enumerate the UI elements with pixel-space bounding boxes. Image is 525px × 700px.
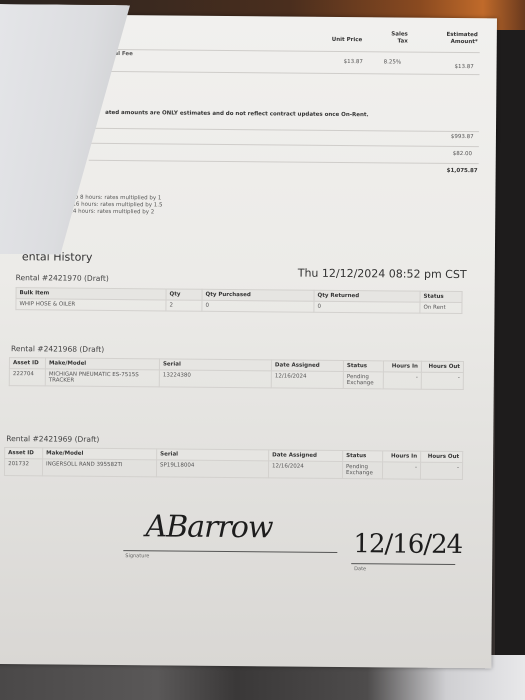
col-hours-out: Hours Out: [421, 361, 463, 372]
header-sales-tax: Sales Tax: [384, 31, 408, 45]
asset-hours-in: -: [382, 462, 420, 479]
grand-total-value: $1,075.87: [447, 168, 478, 176]
table-row: 201732 INGERSOLL RAND 395582TI SP19L1800…: [4, 459, 462, 480]
rental-label: Rental #2421969 (Draft): [6, 434, 99, 444]
print-timestamp: Thu 12/12/2024 08:52 pm CST: [298, 267, 467, 281]
subtotal-value: $993.87: [451, 134, 474, 142]
col-asset-id: Asset ID: [5, 448, 43, 459]
asset-hours-out: -: [421, 372, 463, 389]
rental-label: Rental #2421970 (Draft): [16, 273, 109, 283]
col-hours-in: Hours In: [383, 361, 421, 372]
col-asset-id: Asset ID: [9, 358, 45, 369]
document-page: Unit Price Sales Tax Estimated Amount* r…: [0, 14, 497, 668]
col-status: Status: [420, 291, 462, 302]
asset-serial: 13224380: [159, 370, 271, 388]
divider: [89, 160, 479, 164]
col-hours-in: Hours In: [383, 451, 421, 462]
signature-line[interactable]: [123, 550, 337, 553]
col-status: Status: [343, 451, 383, 462]
estimate-disclaimer: ated amounts are ONLY estimates and do n…: [105, 110, 369, 120]
fee-estimated-amount: $13.87: [455, 64, 474, 72]
divider: [89, 128, 479, 132]
header-estimated-amount: Estimated Amount*: [440, 32, 478, 46]
asset-id: 201732: [4, 459, 42, 476]
asset-date-assigned: 12/16/2024: [271, 371, 343, 389]
bulk-item-qty-purchased: 0: [202, 300, 314, 312]
divider: [100, 49, 480, 53]
fee-unit-price: $13.87: [344, 59, 363, 67]
background-photo-right: [495, 30, 525, 670]
bulk-item-name: WHIP HOSE & OILER: [16, 299, 166, 311]
date-label: Date: [354, 566, 366, 572]
asset-serial: SP19L18004: [156, 460, 268, 478]
signature-label: Signature: [125, 553, 149, 559]
bulk-item-qty-returned: 0: [314, 301, 420, 313]
fee-sales-tax: 8.25%: [384, 59, 402, 67]
handwritten-date: 12/16/24: [353, 529, 462, 560]
col-status: Status: [343, 361, 383, 372]
col-qty: Qty: [166, 289, 202, 300]
divider: [89, 143, 479, 147]
col-qty-returned: Qty Returned: [314, 290, 420, 302]
col-hours-out: Hours Out: [421, 451, 463, 462]
asset-make-model: INGERSOLL RAND 395582TI: [42, 459, 156, 477]
asset-date-assigned: 12/16/2024: [268, 461, 342, 479]
asset-make-model: MICHIGAN PNEUMATIC ES-7515S TRACKER: [45, 369, 159, 387]
table-row: 222704 MICHIGAN PNEUMATIC ES-7515S TRACK…: [9, 369, 463, 390]
bulk-item-qty: 2: [166, 300, 202, 311]
bulk-item-status: On Rent: [420, 302, 462, 313]
asset-status: Pending Exchange: [342, 462, 382, 479]
asset-status: Pending Exchange: [343, 372, 383, 389]
asset-table: Asset ID Make/Model Serial Date Assigned…: [4, 447, 463, 480]
asset-table: Asset ID Make/Model Serial Date Assigned…: [9, 357, 464, 390]
col-date-assigned: Date Assigned: [269, 450, 343, 462]
divider: [99, 71, 479, 75]
tax-total-value: $82.00: [453, 151, 472, 159]
rental-label: Rental #2421968 (Draft): [11, 344, 104, 354]
asset-id: 222704: [9, 369, 45, 386]
header-unit-price: Unit Price: [332, 37, 362, 44]
date-line[interactable]: [351, 563, 455, 565]
handwritten-signature: ABarrow: [145, 509, 272, 545]
bulk-items-table: Bulk Item Qty Qty Purchased Qty Returned…: [15, 287, 462, 314]
asset-hours-out: -: [420, 462, 462, 479]
col-date-assigned: Date Assigned: [271, 360, 343, 372]
asset-hours-in: -: [383, 372, 421, 389]
